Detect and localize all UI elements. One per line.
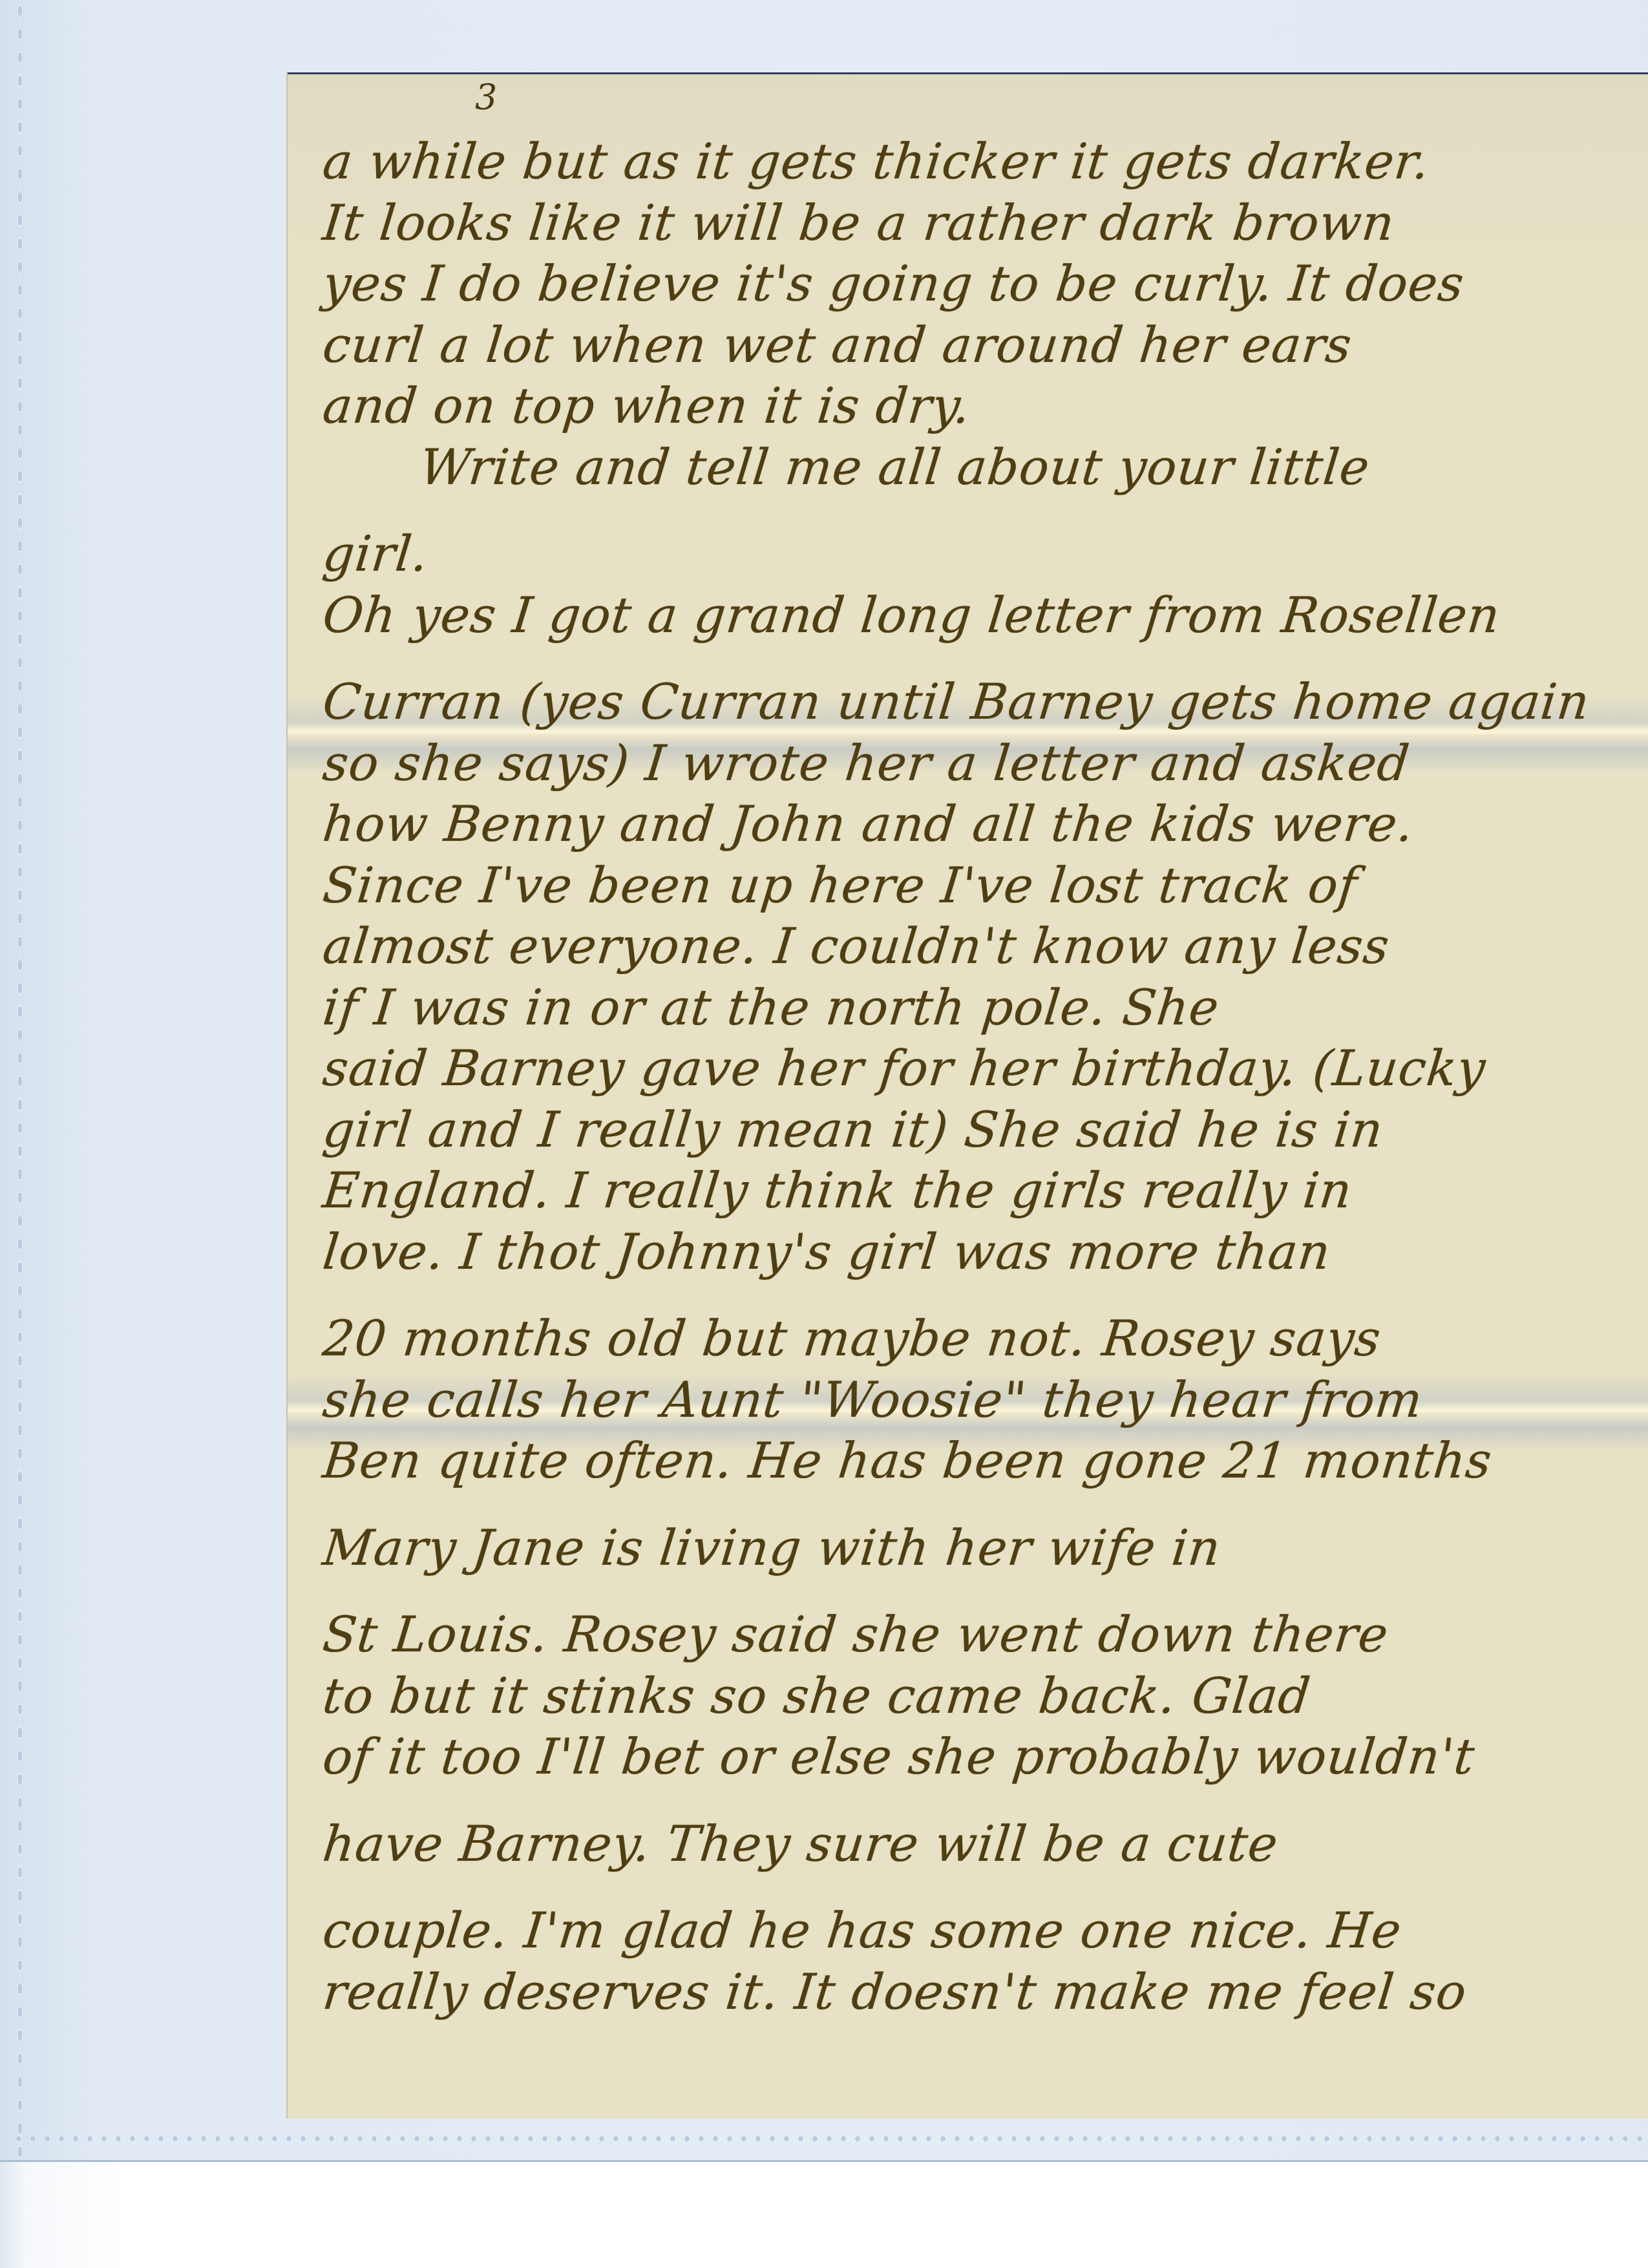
text-line: love. I thot Johnny's girl was more than [320,1222,1648,1283]
text-line: girl and I really mean it) She said he i… [320,1099,1648,1161]
text-line: to but it stinks so she came back. Glad [320,1666,1648,1727]
text-line: said Barney gave her for her birthday. (… [320,1038,1648,1099]
text-line: almost everyone. I couldn't know any les… [320,916,1648,977]
text-line: if I was in or at the north pole. She [320,977,1648,1039]
text-line: St Louis. Rosey said she went down there [320,1604,1648,1666]
text-line: couple. I'm glad he has some one nice. H… [320,1900,1648,1962]
sleeve-perforation-bottom [13,2133,1648,2145]
text-line: a while but as it gets thicker it gets d… [320,131,1648,193]
text-line: Mary Jane is living with her wife in [320,1518,1648,1579]
scanner-background [0,2162,1648,2268]
text-line: and on top when it is dry. [320,376,1648,437]
text-line: how Benny and John and all the kids were… [320,794,1648,855]
text-line: have Barney. They sure will be a cute [320,1814,1648,1875]
text-line: so she says) I wrote her a letter and as… [320,733,1648,794]
text-line: England. I really think the girls really… [320,1160,1648,1222]
text-line: curl a lot when wet and around her ears [320,315,1648,376]
text-line: yes I do believe it's going to be curly.… [320,253,1648,315]
text-line: Write and tell me all about your little [320,437,1648,498]
sleeve-perforation-left [16,0,25,2162]
text-line: It looks like it will be a rather dark b… [320,193,1648,254]
text-line: she calls her Aunt "Woosie" they hear fr… [320,1370,1648,1431]
text-line: 20 months old but maybe not. Rosey says [320,1308,1648,1370]
text-line: Ben quite often. He has been gone 21 mon… [320,1430,1648,1492]
text-line: Since I've been up here I've lost track … [320,855,1648,917]
text-line: of it too I'll bet or else she probably … [320,1726,1648,1788]
letter-page: 3 a while but as it gets thicker it gets… [288,72,1648,2119]
handwritten-text: a while but as it gets thicker it gets d… [320,131,1648,2022]
text-line: girl. [320,524,1648,585]
page-number: 3 [475,77,497,118]
text-line: really deserves it. It doesn't make me f… [320,1962,1648,2023]
text-line: Curran (yes Curran until Barney gets hom… [320,672,1648,733]
text-line: Oh yes I got a grand long letter from Ro… [320,585,1648,646]
